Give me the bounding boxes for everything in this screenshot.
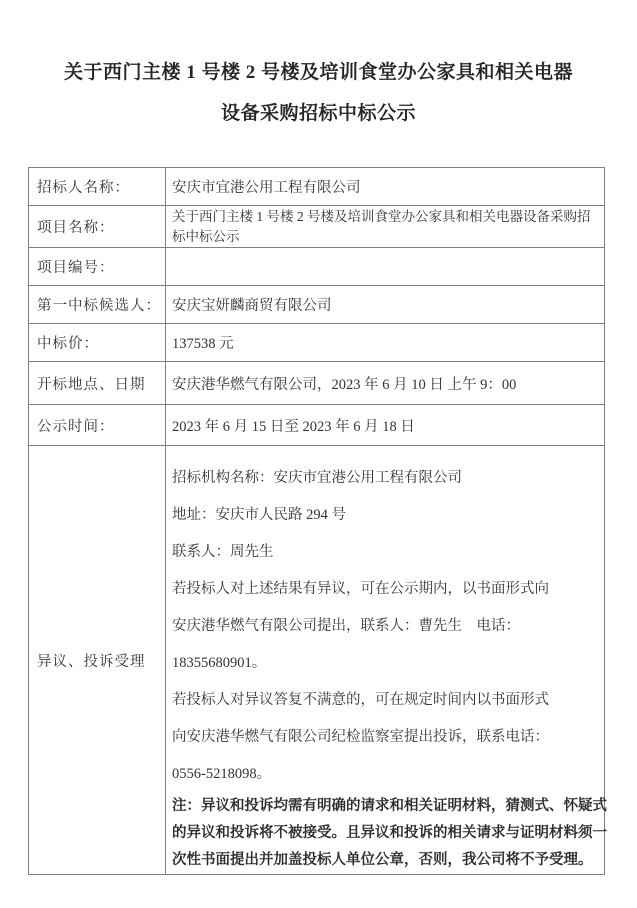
table-row: 异议、投诉受理 招标机构名称：安庆市宜港公用工程有限公司 地址：安庆市人民路 2…	[29, 446, 605, 875]
objection-procedure-line: 安庆港华燃气有限公司提出，联系人：曹先生 电话：	[172, 608, 598, 645]
row-value-bid-opening: 安庆港华燃气有限公司，2023 年 6 月 10 日 上午 9：00	[166, 362, 605, 405]
objection-phone: 18355680901。	[172, 645, 598, 682]
table-row: 项目名称： 关于西门主楼 1 号楼 2 号楼及培训食堂办公家具和相关电器设备采购…	[29, 206, 605, 248]
row-value-objection-complaint: 招标机构名称：安庆市宜港公用工程有限公司 地址：安庆市人民路 294 号 联系人…	[166, 446, 605, 875]
complaint-procedure-line: 向安庆港华燃气有限公司纪检监察室提出投诉，联系电话：	[172, 719, 598, 756]
row-label-publicity-period: 公示时间：	[29, 405, 166, 446]
row-label-winning-price: 中标价：	[29, 324, 166, 362]
row-label-tenderer-name: 招标人名称：	[29, 168, 166, 206]
objection-address: 地址：安庆市人民路 294 号	[172, 497, 598, 534]
row-value-first-candidate: 安庆宝妍麟商贸有限公司	[166, 286, 605, 324]
row-label-objection-complaint: 异议、投诉受理	[29, 446, 166, 875]
note-line: 的异议和投诉将不被接受。且异议和投诉的相关请求与证明材料须一	[172, 820, 598, 847]
document-page: 关于西门主楼 1 号楼 2 号楼及培训食堂办公家具和相关电器 设备采购招标中标公…	[0, 0, 637, 908]
document-title: 关于西门主楼 1 号楼 2 号楼及培训食堂办公家具和相关电器 设备采购招标中标公…	[0, 52, 637, 134]
table-row: 中标价： 137538 元	[29, 324, 605, 362]
objection-procedure-line: 若投标人对上述结果有异议，可在公示期内，以书面形式向	[172, 571, 598, 608]
complaint-procedure-line: 若投标人对异议答复不满意的，可在规定时间内以书面形式	[172, 682, 598, 719]
table-row: 第一中标候选人： 安庆宝妍麟商贸有限公司	[29, 286, 605, 324]
row-value-winning-price: 137538 元	[166, 324, 605, 362]
row-value-tenderer-name: 安庆市宜港公用工程有限公司	[166, 168, 605, 206]
document-title-line-2: 设备采购招标中标公示	[0, 93, 637, 134]
row-label-project-number: 项目编号：	[29, 248, 166, 286]
row-label-first-candidate: 第一中标候选人：	[29, 286, 166, 324]
row-value-project-name: 关于西门主楼 1 号楼 2 号楼及培训食堂办公家具和相关电器设备采购招标中标公示	[166, 206, 605, 248]
objection-contact: 联系人：周先生	[172, 534, 598, 571]
complaint-phone: 0556-5218098。	[172, 756, 598, 793]
document-title-line-1: 关于西门主楼 1 号楼 2 号楼及培训食堂办公家具和相关电器	[0, 52, 637, 93]
announcement-table: 招标人名称： 安庆市宜港公用工程有限公司 项目名称： 关于西门主楼 1 号楼 2…	[28, 167, 605, 875]
row-value-project-number	[166, 248, 605, 286]
table-row: 项目编号：	[29, 248, 605, 286]
note-line: 注：异议和投诉均需有明确的请求和相关证明材料，猜测式、怀疑式	[172, 793, 598, 820]
table-row: 开标地点、日期 安庆港华燃气有限公司，2023 年 6 月 10 日 上午 9：…	[29, 362, 605, 405]
row-label-project-name: 项目名称：	[29, 206, 166, 248]
row-value-publicity-period: 2023 年 6 月 15 日至 2023 年 6 月 18 日	[166, 405, 605, 446]
table-row: 招标人名称： 安庆市宜港公用工程有限公司	[29, 168, 605, 206]
table-row: 公示时间： 2023 年 6 月 15 日至 2023 年 6 月 18 日	[29, 405, 605, 446]
row-label-bid-opening: 开标地点、日期	[29, 362, 166, 405]
objection-agency-name: 招标机构名称：安庆市宜港公用工程有限公司	[172, 460, 598, 497]
note-line: 次性书面提出并加盖投标人单位公章，否则，我公司将不予受理。	[172, 847, 598, 874]
